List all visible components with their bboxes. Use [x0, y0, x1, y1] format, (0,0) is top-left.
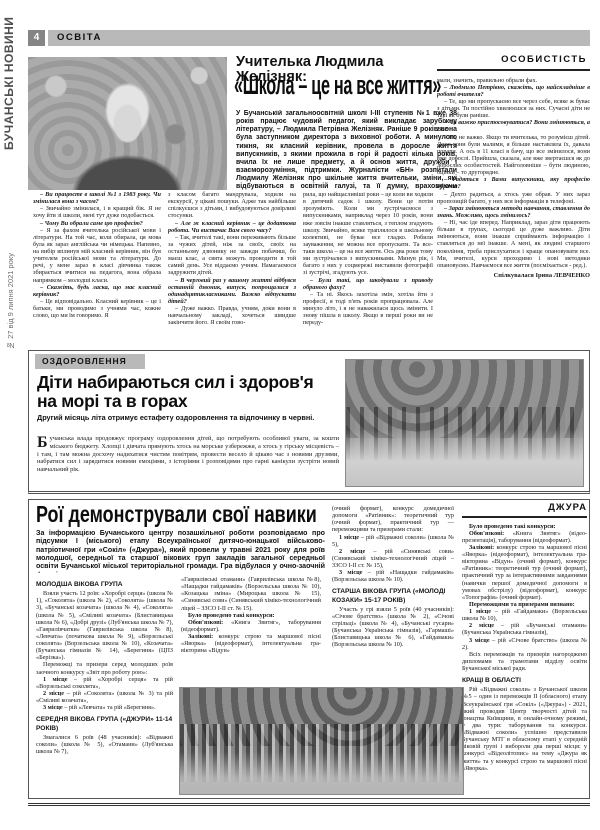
issue-info-vertical: № 27 від 9 липня 2021 року [7, 150, 15, 350]
page-number: 4 [28, 30, 45, 46]
health-title-line1: Діти набираються сил і здоров'я [37, 373, 347, 392]
paragraph: – Так, вчителі такі, вони переживають бі… [168, 234, 296, 277]
paragraph: МОЛОДША ВІКОВА ГРУПА [36, 581, 173, 589]
paragraph: – Та ні. Якось захотіла змін, хотіла йти… [303, 291, 433, 327]
paragraph: Обов'язкові: «Книга Звитяг», таборування… [181, 619, 321, 633]
dzhura-column-d: ДЖУРА Було проведено такі конкурси:Обов'… [462, 503, 587, 795]
paragraph: – Дехто радиться, а хтось уже обрав. У н… [437, 191, 590, 205]
health-subtitle: Другий місяць літа отримує естафету оздо… [37, 413, 337, 422]
paragraph: – Ні, не важко. Якщо ти вчителька, то ро… [437, 134, 590, 177]
paragraph: Переможцями та призерами визнано: [462, 601, 587, 608]
dzhura-article-box: Рої демонстрували свої навики За інформа… [28, 499, 590, 799]
interview-column-2: з класом багато мандрувала, ходили на ек… [168, 191, 296, 345]
paragraph: Обов'язкові: «Книга Звитяг» (відео-презе… [462, 530, 587, 544]
paragraph: Змагалися 6 роїв (48 учасників): «Відваж… [36, 734, 173, 755]
dzhura-column-a: МОЛОДША ВІКОВА ГРУПАВзяли участь 12 роїв… [36, 576, 173, 792]
teacher-portrait-photo [28, 57, 227, 190]
paragraph: – Радяться з Вами випускники, яку профес… [437, 176, 590, 190]
paragraph: 3 місце – рій «Левчата» та рій «Берегиня… [36, 704, 173, 711]
dzhura-rule [462, 516, 587, 518]
newspaper-page: БУЧАНСЬКІ НОВИНИ № 27 від 9 липня 2021 р… [0, 0, 600, 830]
paragraph: – Те, що ми пропускаємо все через себе, … [437, 98, 590, 119]
dzhura-column-c: (очний формат), конкурс домедичної допом… [332, 505, 454, 685]
paragraph: «Гаврилівські отамани» (Гаврилівська шко… [181, 576, 321, 612]
personality-text: мали, значить, правильно обрали фах.– Лю… [437, 77, 590, 269]
paragraph: 3 місце – рій «Нащадки гайдамаків» (Ворз… [332, 569, 454, 583]
interview-column-1: – Ви працюєте в школі №1 з 1983 року. Чи… [33, 191, 161, 345]
paragraph: – Чому Ви обрали саме цю професію? [33, 220, 161, 227]
paragraph: – Зараз змінюються методи навчання, став… [437, 205, 590, 219]
personality-column: ОСОБИСТІСТЬ мали, значить, правильно обр… [437, 55, 590, 347]
paragraph: рила, що найщасливіші роки – це коли ви … [303, 191, 433, 277]
newspaper-name-vertical: БУЧАНСЬКІ НОВИНИ [3, 28, 15, 150]
dzhura-section-label: ДЖУРА [462, 503, 587, 513]
paragraph: 1 місце – рій «Відважні соколи» (школа №… [332, 534, 454, 548]
interview-lead: У Бучанській загальноосвітній школі І-ІІ… [236, 110, 457, 190]
paragraph: – В черговий раз у вашому житті відбувся… [168, 277, 296, 306]
paragraph: 2 місце – рій «Соколята» (школа № 3) та … [36, 690, 173, 704]
paragraph: – Були такі, що шкодували з приводу обра… [303, 277, 433, 291]
paragraph: – Це відповідально. Класний керівник – ц… [33, 298, 161, 319]
paragraph: – Я за фахом вчителька російської мови і… [33, 227, 161, 284]
personality-rule [437, 69, 590, 71]
paragraph: – Скажіть, будь ласка, що має класний ке… [33, 284, 161, 298]
paragraph: Переможці та призери серед молодших роїв… [36, 661, 173, 675]
children-camp-photo [345, 359, 584, 487]
paragraph: 1 місце – рій «Гайдамаки» (Ворзельська ш… [462, 608, 587, 622]
dzhura-headline: Рої демонстрували свої навики [36, 503, 317, 526]
paragraph: (очний формат), конкурс домедичної допом… [332, 505, 454, 534]
rois-group-photo [179, 687, 464, 795]
interview-byline: Спілкувалася Ірина ЛЕВЧЕНКО [437, 272, 590, 280]
paragraph: – Людмило Петрівно, скажіть, що найсклад… [437, 84, 590, 98]
health-title: Діти набираються сил і здоров'я на морі … [37, 373, 347, 410]
health-section-label: ОЗДОРОВЛЕННЯ [35, 354, 145, 369]
section-bar-osvita: ОСВІТА [48, 30, 590, 46]
paragraph: Участь у грі взяли 5 роїв (40 учасників)… [332, 606, 454, 649]
health-title-line2: на морі та в горах [37, 392, 347, 411]
health-article-box: ОЗДОРОВЛЕННЯ Діти набираються сил і здор… [28, 350, 590, 494]
dzhura-column-b: «Гаврилівські отамани» (Гаврилівська шко… [181, 576, 321, 686]
paragraph: 1 місце – рій «Хоробрі серця» та рій «Во… [36, 676, 173, 690]
interview-headline: «Школа – це на все життя» [234, 72, 441, 99]
paragraph: Було проведено такі конкурси: [181, 612, 321, 619]
paragraph: – Ні, час іде вперед. Наприклад, зараз д… [437, 219, 590, 269]
paragraph: – Дуже важко. Правда, учням, доки вони в… [168, 305, 296, 326]
interview-column-3: рила, що найщасливіші роки – це коли ви … [303, 191, 433, 345]
page-bottom-rule [28, 803, 590, 806]
dzhura-column-d-text: Було проведено такі конкурси:Обов'язкові… [462, 523, 587, 772]
paragraph: СТАРША ВІКОВА ГРУПА («МОЛОДІ КОЗАКИ» 15-… [332, 588, 454, 604]
personality-section-label: ОСОБИСТІСТЬ [437, 55, 590, 65]
paragraph: Всіх переможців та призерів нагороджено … [462, 651, 587, 672]
paragraph: Залікові: конкурс строю та маршової пісн… [181, 633, 321, 654]
dzhura-lead: За інформацією Бучанського центру позашк… [36, 529, 325, 573]
paragraph: СЕРЕДНЯ ВІКОВА ГРУПА («ДЖУРИ» 11-14 РОКІ… [36, 716, 173, 732]
paragraph: – Чи важко пристосовуватися? Вони змінюю… [437, 119, 590, 133]
health-body: Бучанська влада продовжує програму оздор… [37, 435, 339, 487]
paragraph: Залікові: конкурс строю та маршової пісн… [462, 544, 587, 601]
paragraph: Було проведено такі конкурси: [462, 523, 587, 530]
paragraph: – Звичайно змінилася, і в кращий бік. Я … [33, 205, 161, 219]
paragraph: – Але ж класний керівник – це додаткова … [168, 220, 296, 234]
paragraph: мали, значить, правильно обрали фах. [437, 77, 590, 84]
paragraph: 3 місце – рій «Січове братство» (школа №… [462, 637, 587, 651]
paragraph: 2 місце – рій «Бучанські отамани» (Бучан… [462, 622, 587, 636]
paragraph: Рій «Відважні соколи» з Бучанської школи… [462, 686, 587, 772]
paragraph: КРАЩІ В ОБЛАСТІ [462, 677, 587, 685]
paragraph: – Ви працюєте в школі №1 з 1983 року. Чи… [33, 191, 161, 205]
paragraph: з класом багато мандрувала, ходили на ек… [168, 191, 296, 220]
paragraph: Взяли участь 12 роїв: «Хоробрі серця» (ш… [36, 590, 173, 661]
paragraph: 2 місце – рій «Синявські сови» (Синявськ… [332, 548, 454, 569]
